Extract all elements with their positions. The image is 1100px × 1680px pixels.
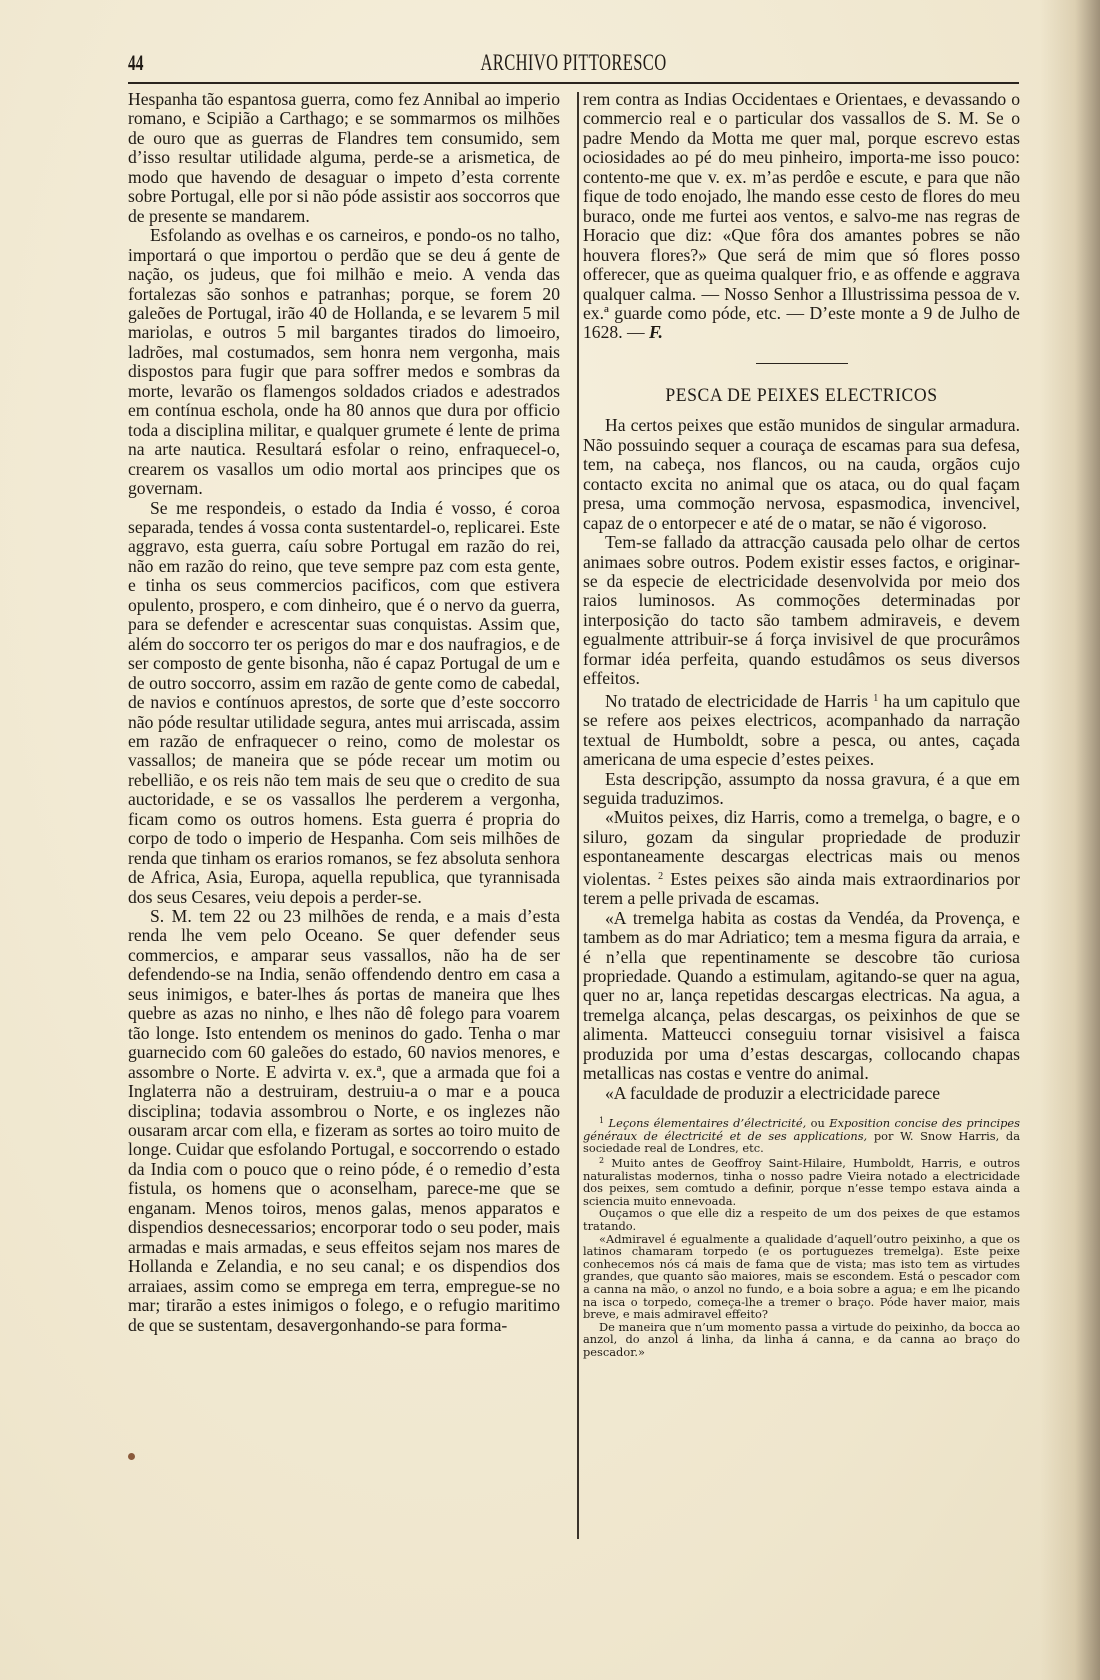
footnotes: 1 Leçons élementaires d’électricité, ou … (583, 1115, 1020, 1358)
ink-stain (128, 1453, 135, 1460)
section-separator (756, 363, 848, 364)
paragraph: S. M. tem 22 ou 23 milhões de renda, e a… (128, 907, 560, 1335)
paragraph: «A tremelga habita as costas da Vendéa, … (583, 909, 1020, 1084)
page-header: 44 ARCHIVO PITTORESCO (128, 44, 1019, 80)
letter-text: rem contra as Indias Occidentaes e Orien… (583, 89, 1020, 342)
signoff-initial: F. (649, 322, 663, 342)
paragraph: Esta descripção, assumpto da nossa gravu… (583, 770, 1020, 809)
paragraph: «A faculdade de produzir a electricidade… (583, 1084, 1020, 1103)
paragraph: Se me respondeis, o estado da India é vo… (128, 499, 560, 908)
paragraph: No tratado de electricidade de Harris 1 … (583, 689, 1020, 770)
paragraph: Esfolando as ovelhas e os carneiros, e p… (128, 226, 560, 498)
page-number: 44 (128, 50, 143, 76)
footnote-mark: 1 (599, 1116, 604, 1125)
footnote-paragraph: Ouçamos o que elle diz a respeito de um … (583, 1207, 1020, 1232)
section-title: PESCA DE PEIXES ELECTRICOS (598, 386, 1004, 405)
footnote-paragraph: «Admiravel é egualmente a qualidade d’aq… (583, 1233, 1020, 1321)
right-column: rem contra as Indias Occidentaes e Orien… (583, 90, 1020, 1358)
letter-continuation: rem contra as Indias Occidentaes e Orien… (583, 90, 1020, 343)
column-divider (577, 92, 579, 1539)
paragraph-text: No tratado de electricidade de Harris (605, 691, 868, 711)
paragraph: Tem-se fallado da attracção causada pelo… (583, 533, 1020, 689)
left-column: Hespanha tão espantosa guerra, como fez … (128, 90, 560, 1335)
running-title: ARCHIVO PITTORESCO (253, 50, 895, 76)
footnote-mark: 2 (599, 1156, 604, 1165)
footnote-1: 1 Leçons élementaires d’électricité, ou … (583, 1115, 1020, 1155)
footnote-2: 2 Muito antes de Geoffroy Saint-Hilaire,… (583, 1155, 1020, 1207)
paragraph: Hespanha tão espantosa guerra, como fez … (128, 90, 560, 226)
footnote-ref-1[interactable]: 1 (873, 693, 878, 704)
footnote-paragraph: De maneira que n’um momento passa a virt… (583, 1321, 1020, 1359)
footnote-text: Muito antes de Geoffroy Saint-Hilaire, H… (583, 1156, 1020, 1208)
header-rule (128, 82, 1019, 84)
paragraph: «Muitos peixes, diz Harris, como a treme… (583, 808, 1020, 908)
paragraph: Ha certos peixes que estão munidos de si… (583, 416, 1020, 533)
footnote-ref-2[interactable]: 2 (658, 871, 663, 882)
